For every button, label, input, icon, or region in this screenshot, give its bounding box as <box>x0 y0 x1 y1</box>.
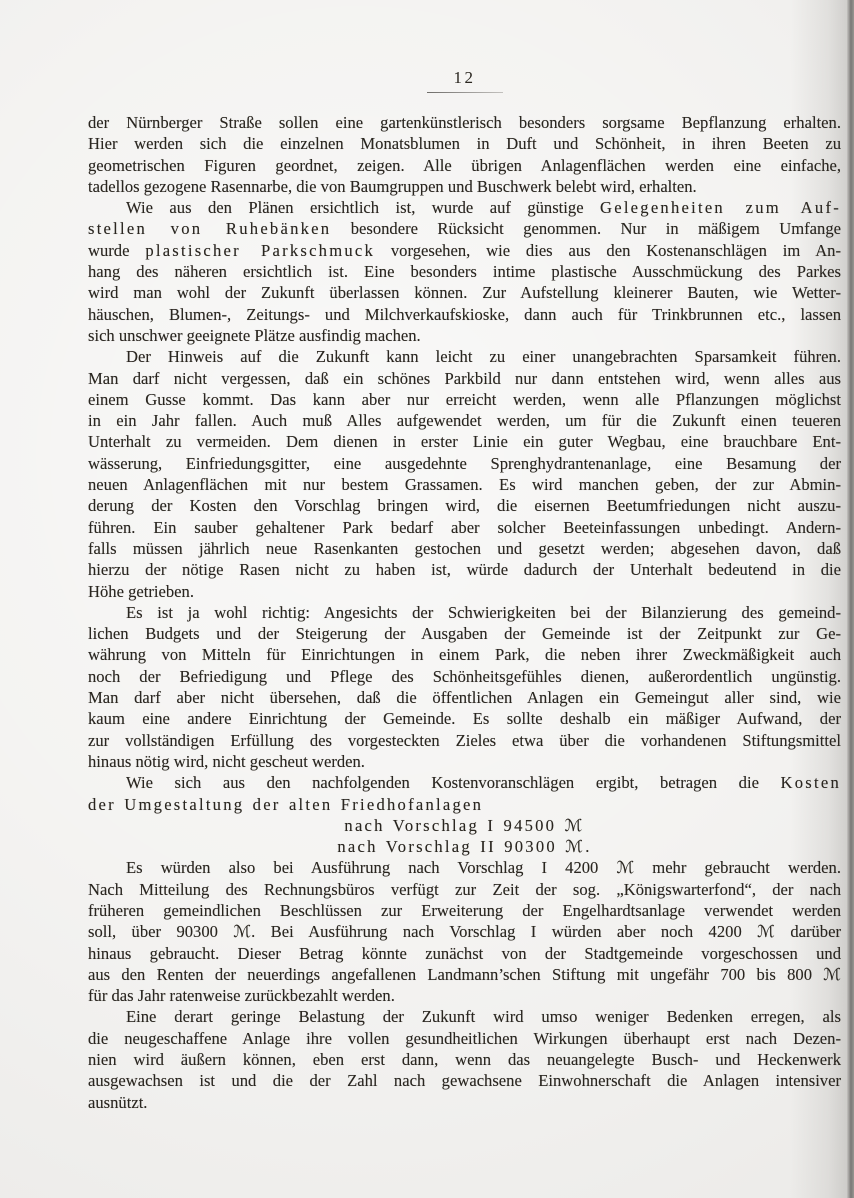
text-line: der Nürnberger Straße sollen eine garten… <box>88 112 841 133</box>
text-line: für das Jahr ratenweise zurückbezahlt we… <box>88 985 841 1006</box>
text-line: ausnützt. <box>88 1092 841 1113</box>
text-segment: soll, über 90300 ℳ. Bei Ausführung nach … <box>88 922 841 941</box>
text-line: Wie sich aus den nachfolgenden Kostenvor… <box>88 772 841 793</box>
letterspaced-emphasis: stellen von Ruhebänken <box>88 219 331 238</box>
text-segment: Wie aus den Plänen ersichtlich ist, wurd… <box>126 198 600 217</box>
text-segment: währung von Mitteln für Einrichtungen in… <box>88 645 841 664</box>
text-line: noch der Befriedigung und Pflege des Sch… <box>88 666 841 687</box>
text-line: einem Gusse kommt. Das kann aber nur err… <box>88 389 841 410</box>
text-line: Es ist ja wohl richtig: Angesichts der S… <box>88 602 841 623</box>
text-segment: Es würden also bei Ausführung nach Vorsc… <box>126 858 841 877</box>
text-segment: Man darf aber nicht übersehen, daß die ö… <box>88 688 841 707</box>
text-segment: führen. Ein sauber gehaltener Park bedar… <box>88 518 841 537</box>
letterspaced-emphasis: plastischer Parkschmuck <box>145 241 375 260</box>
text-segment: Unterhalt zu vermeiden. Dem dienen in er… <box>88 432 841 451</box>
scanned-document-page: 12 der Nürnberger Straße sollen eine gar… <box>0 0 854 1198</box>
text-line: Man darf nicht vergessen, daß ein schöne… <box>88 368 841 389</box>
text-segment: in ein Jahr fallen. Auch muß Alles aufge… <box>88 411 841 430</box>
text-segment: Man darf nicht vergessen, daß ein schöne… <box>88 369 841 388</box>
text-segment: vorgesehen, wie dies aus den Kostenansch… <box>375 241 841 260</box>
cost-proposal-lines: nach Vorschlag I 94500 ℳnach Vorschlag I… <box>88 815 841 858</box>
text-segment: kaum eine andere Einrichtung der Gemeind… <box>88 709 841 728</box>
page-header: 12 <box>88 66 841 112</box>
text-segment: Eine derart geringe Belastung der Zukunf… <box>126 1007 841 1026</box>
letterspaced-emphasis: Kosten <box>781 773 841 792</box>
text-segment: besondere Rücksicht genommen. Nur in mäß… <box>331 219 841 238</box>
text-segment: hinaus gebraucht. Dieser Betrag könnte z… <box>88 944 841 963</box>
text-segment: für das Jahr ratenweise zurückbezahlt we… <box>88 986 395 1005</box>
text-line: aus den Renten der neuerdings angefallen… <box>88 964 841 985</box>
text-line: Wie aus den Plänen ersichtlich ist, wurd… <box>88 197 841 218</box>
text-line: früheren gemeindlichen Beschlüssen zur E… <box>88 900 841 921</box>
text-line: derung der Kosten den Vorschlag bringen … <box>88 495 841 516</box>
text-segment: Nach Mitteilung des Rechnungsbüros verfü… <box>88 880 841 899</box>
text-segment: hinaus nötig wird, nicht gescheut werden… <box>88 752 365 771</box>
paragraph: Eine derart geringe Belastung der Zukunf… <box>88 1006 841 1112</box>
text-segment: noch der Befriedigung und Pflege des Sch… <box>88 667 841 686</box>
text-line: falls müssen jährlich neue Rasenkanten g… <box>88 538 841 559</box>
text-line: zur vollständigen Erfüllung des vorgeste… <box>88 730 841 751</box>
book-binding-edge <box>847 0 854 1198</box>
text-segment: lichen Budgets und der Steigerung der Au… <box>88 624 841 643</box>
document-body: der Nürnberger Straße sollen eine garten… <box>88 112 841 1113</box>
text-line: nach Vorschlag II 90300 ℳ. <box>88 836 841 857</box>
text-segment: früheren gemeindlichen Beschlüssen zur E… <box>88 901 841 920</box>
letterspaced-emphasis: nach Vorschlag I 94500 ℳ <box>344 816 584 835</box>
text-line: Höhe getrieben. <box>88 581 841 602</box>
text-line: neuen Anlagenflächen mit nur bestem Gras… <box>88 474 841 495</box>
page-number-rule <box>427 92 503 93</box>
text-line: kaum eine andere Einrichtung der Gemeind… <box>88 708 841 729</box>
text-segment: Der Hinweis auf die Zukunft kann leicht … <box>126 347 841 366</box>
paragraph: der Nürnberger Straße sollen eine garten… <box>88 112 841 197</box>
text-segment: ausgewachsen ist und die der Zahl nach g… <box>88 1071 841 1090</box>
text-segment: tadellos gezogene Rasennarbe, die von Ba… <box>88 177 697 196</box>
text-line: die neugeschaffene Anlage ihre vollen ge… <box>88 1028 841 1049</box>
text-segment: hang des näheren ersichtlich ist. Eine b… <box>88 262 841 281</box>
text-line: wird man wohl der Zukunft überlassen kön… <box>88 282 841 303</box>
text-segment: wird man wohl der Zukunft überlassen kön… <box>88 283 841 302</box>
text-line: Unterhalt zu vermeiden. Dem dienen in er… <box>88 431 841 452</box>
text-segment: Höhe getrieben. <box>88 582 194 601</box>
text-line: hierzu der nötige Rasen nicht zu haben i… <box>88 559 841 580</box>
paragraph: Es ist ja wohl richtig: Angesichts der S… <box>88 602 841 772</box>
text-line: Es würden also bei Ausführung nach Vorsc… <box>88 857 841 878</box>
text-segment: einem Gusse kommt. Das kann aber nur err… <box>88 390 841 409</box>
text-line: Man darf aber nicht übersehen, daß die ö… <box>88 687 841 708</box>
text-segment: häuschen, Blumen-, Zeitungs- und Milchve… <box>88 305 841 324</box>
letterspaced-emphasis: Gelegenheiten zum Auf- <box>600 198 841 217</box>
text-line: tadellos gezogene Rasennarbe, die von Ba… <box>88 176 841 197</box>
text-line: der Umgestaltung der alten Friedhofanlag… <box>88 794 841 815</box>
text-segment: zur vollständigen Erfüllung des vorgeste… <box>88 731 841 750</box>
text-line: führen. Ein sauber gehaltener Park bedar… <box>88 517 841 538</box>
text-line: hinaus gebraucht. Dieser Betrag könnte z… <box>88 943 841 964</box>
paragraph: Wie aus den Plänen ersichtlich ist, wurd… <box>88 197 841 346</box>
text-line: in ein Jahr fallen. Auch muß Alles aufge… <box>88 410 841 431</box>
text-segment: nien wird äußern können, eben erst dann,… <box>88 1050 841 1069</box>
text-line: hinaus nötig wird, nicht gescheut werden… <box>88 751 841 772</box>
text-segment: wurde <box>88 241 145 260</box>
letterspaced-emphasis: der Umgestaltung der alten Friedhofanlag… <box>88 795 483 814</box>
text-block: 12 der Nürnberger Straße sollen eine gar… <box>88 66 841 1113</box>
text-segment: aus den Renten der neuerdings angefallen… <box>88 965 841 984</box>
text-line: sich unschwer geeignete Plätze ausfindig… <box>88 325 841 346</box>
text-line: soll, über 90300 ℳ. Bei Ausführung nach … <box>88 921 841 942</box>
paragraph: Wie sich aus den nachfolgenden Kostenvor… <box>88 772 841 815</box>
text-segment: ausnützt. <box>88 1093 147 1112</box>
text-line: nach Vorschlag I 94500 ℳ <box>88 815 841 836</box>
text-line: ausgewachsen ist und die der Zahl nach g… <box>88 1070 841 1091</box>
text-line: wässerung, Einfriedungsgitter, eine ausg… <box>88 453 841 474</box>
text-line: häuschen, Blumen-, Zeitungs- und Milchve… <box>88 304 841 325</box>
text-line: geometrischen Figuren geordnet, zeigen. … <box>88 155 841 176</box>
text-segment: falls müssen jährlich neue Rasenkanten g… <box>88 539 841 558</box>
text-segment: Es ist ja wohl richtig: Angesichts der S… <box>126 603 841 622</box>
text-segment: Wie sich aus den nachfolgenden Kostenvor… <box>126 773 781 792</box>
paragraph: Der Hinweis auf die Zukunft kann leicht … <box>88 346 841 602</box>
letterspaced-emphasis: nach Vorschlag II 90300 ℳ. <box>337 837 591 856</box>
paragraph: Es würden also bei Ausführung nach Vorsc… <box>88 857 841 1006</box>
text-line: nien wird äußern können, eben erst dann,… <box>88 1049 841 1070</box>
text-segment: wässerung, Einfriedungsgitter, eine ausg… <box>88 454 841 473</box>
text-segment: hierzu der nötige Rasen nicht zu haben i… <box>88 560 841 579</box>
text-segment: Hier werden sich die einzelnen Monatsblu… <box>88 134 841 153</box>
text-line: Der Hinweis auf die Zukunft kann leicht … <box>88 346 841 367</box>
text-line: wurde plastischer Parkschmuck vorgesehen… <box>88 240 841 261</box>
text-line: Eine derart geringe Belastung der Zukunf… <box>88 1006 841 1027</box>
text-segment: neuen Anlagenflächen mit nur bestem Gras… <box>88 475 841 494</box>
page-number: 12 <box>454 66 476 90</box>
text-segment: sich unschwer geeignete Plätze ausfindig… <box>88 326 421 345</box>
text-segment: derung der Kosten den Vorschlag bringen … <box>88 496 841 515</box>
text-segment: geometrischen Figuren geordnet, zeigen. … <box>88 156 841 175</box>
text-line: lichen Budgets und der Steigerung der Au… <box>88 623 841 644</box>
text-line: währung von Mitteln für Einrichtungen in… <box>88 644 841 665</box>
text-line: stellen von Ruhebänken besondere Rücksic… <box>88 218 841 239</box>
text-segment: die neugeschaffene Anlage ihre vollen ge… <box>88 1029 841 1048</box>
text-line: Nach Mitteilung des Rechnungsbüros verfü… <box>88 879 841 900</box>
text-segment: der Nürnberger Straße sollen eine garten… <box>88 113 841 132</box>
text-line: Hier werden sich die einzelnen Monatsblu… <box>88 133 841 154</box>
text-line: hang des näheren ersichtlich ist. Eine b… <box>88 261 841 282</box>
